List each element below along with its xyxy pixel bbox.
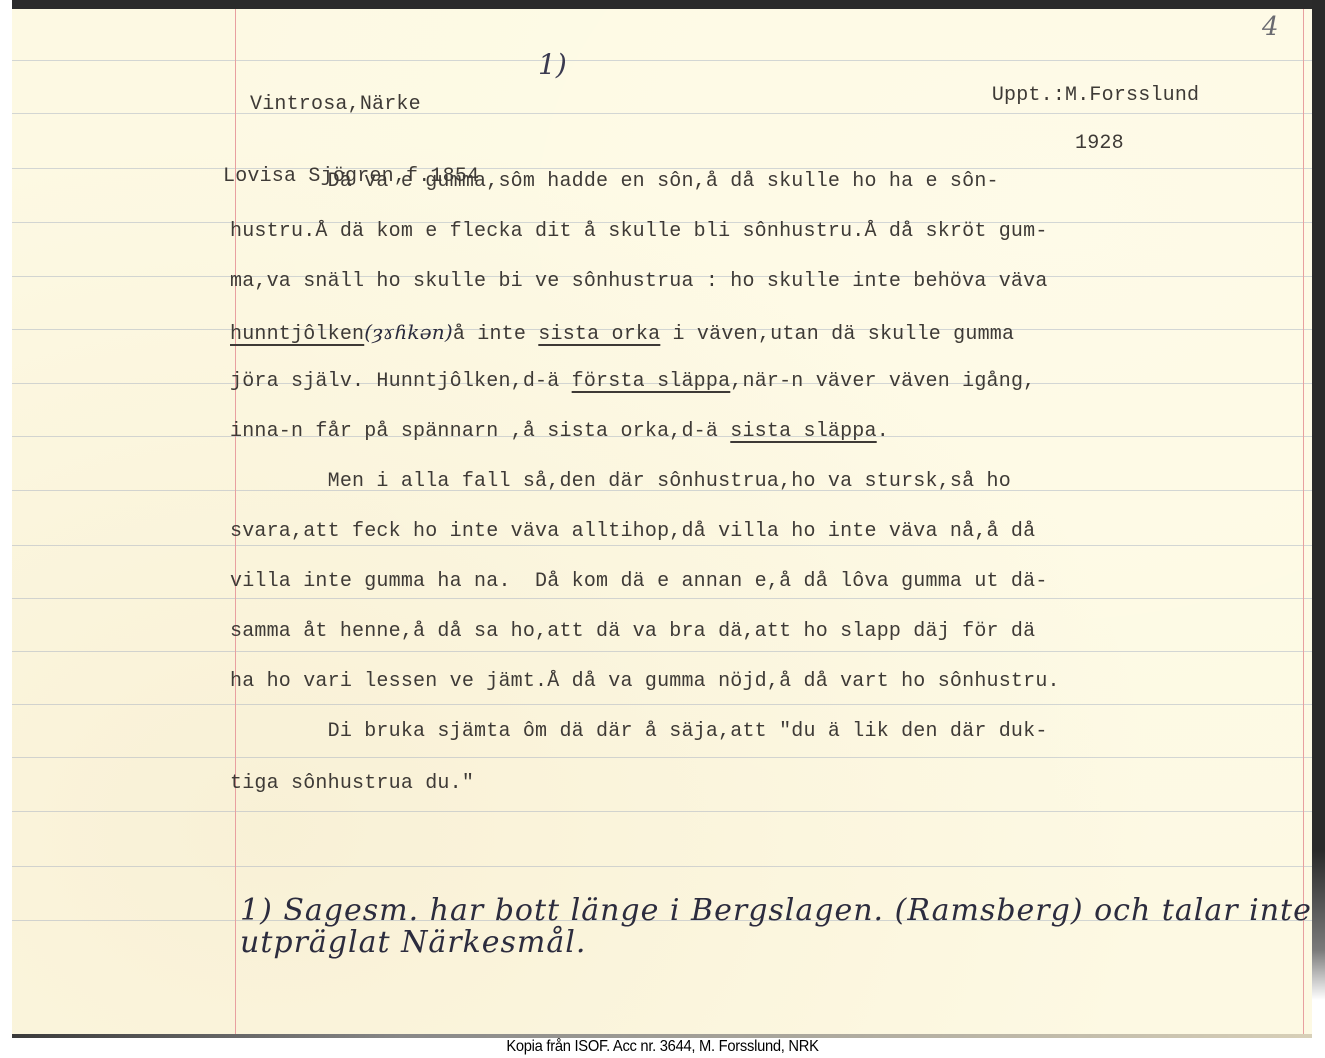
body-line-5: jöra själv. Hunntjôlken,d-ä första släpp… bbox=[230, 370, 1035, 393]
body-text: ,när-n väver väven igång, bbox=[730, 370, 1035, 393]
body-line-8: svara,att feck ho inte väva alltihop,då … bbox=[230, 520, 1035, 543]
body-line-7: Men i alla fall så,den där sônhustrua,ho… bbox=[230, 470, 1011, 493]
body-line-11: ha ho vari lessen ve jämt.Å då va gumma … bbox=[230, 670, 1060, 693]
body-line-12: Di bruka sjämta ôm dä där å säja,att "du… bbox=[230, 720, 1048, 743]
body-line-3: ma,va snäll ho skulle bi ve sônhustrua :… bbox=[230, 270, 1048, 293]
body-line-10: samma åt henne,å då sa ho,att dä va bra … bbox=[230, 620, 1035, 643]
ruled-line bbox=[12, 651, 1312, 652]
ruled-line bbox=[12, 598, 1312, 599]
term-hunntjolken: hunntjôlken bbox=[230, 323, 364, 346]
handwritten-footnote-line-1: 1) Sagesm. har bott länge i Bergslagen. … bbox=[240, 893, 1312, 928]
scan-border-top bbox=[12, 0, 1325, 9]
body-line-2: hustru.Å dä kom e flecka dit å skulle bl… bbox=[230, 220, 1048, 243]
body-line-6: inna-n får på spännarn ,å sista orka,d-ä… bbox=[230, 420, 889, 443]
body-line-4: hunntjôlken(ȝɤɦkən)å inte sista orka i v… bbox=[230, 320, 1014, 346]
page-number: 4 bbox=[1262, 12, 1279, 42]
body-text: å inte bbox=[453, 323, 538, 346]
header-place: Vintrosa,Närke bbox=[223, 93, 479, 117]
header-recorder: Uppt.:M.Forsslund bbox=[992, 84, 1199, 107]
body-text: . bbox=[877, 420, 889, 443]
ruled-line bbox=[12, 866, 1312, 867]
body-text: jöra själv. Hunntjôlken,d-ä bbox=[230, 370, 572, 393]
header-left: Vintrosa,Närke Lovisa Sjögren,f.1854 bbox=[223, 45, 479, 237]
right-margin-line bbox=[1303, 9, 1304, 1034]
scan-frame: 4 Vintrosa,Närke Lovisa Sjögren,f.1854 1… bbox=[0, 0, 1325, 1038]
term-forsta-slappa: första släppa bbox=[572, 370, 731, 393]
ruled-line bbox=[12, 545, 1312, 546]
body-line-9: villa inte gumma ha na. Då kom dä e anna… bbox=[230, 570, 1048, 593]
ruled-line bbox=[12, 757, 1312, 758]
phonetic-annotation: (ȝɤɦkən) bbox=[364, 320, 453, 344]
term-sista-orka: sista orka bbox=[538, 323, 660, 346]
body-line-1: Dä va e gumma,sôm hadde en sôn,å då skul… bbox=[230, 170, 999, 193]
body-text: inna-n får på spännarn ,å sista orka,d-ä bbox=[230, 420, 730, 443]
term-sista-slappa: sista släppa bbox=[730, 420, 876, 443]
ruled-line bbox=[12, 811, 1312, 812]
handwritten-footnote-line-2: utpräglat Närkesmål. bbox=[240, 925, 586, 960]
archive-caption: Kopia från ISOF. Acc nr. 3644, M. Forssl… bbox=[53, 1038, 1272, 1056]
scan-border-right bbox=[1312, 0, 1325, 1000]
body-text: i väven,utan dä skulle gumma bbox=[660, 323, 1014, 346]
header-year: 1928 bbox=[943, 132, 1199, 156]
body-line-13: tiga sônhustrua du." bbox=[230, 772, 474, 795]
ruled-line bbox=[12, 704, 1312, 705]
footnote-marker: 1) bbox=[538, 48, 567, 81]
